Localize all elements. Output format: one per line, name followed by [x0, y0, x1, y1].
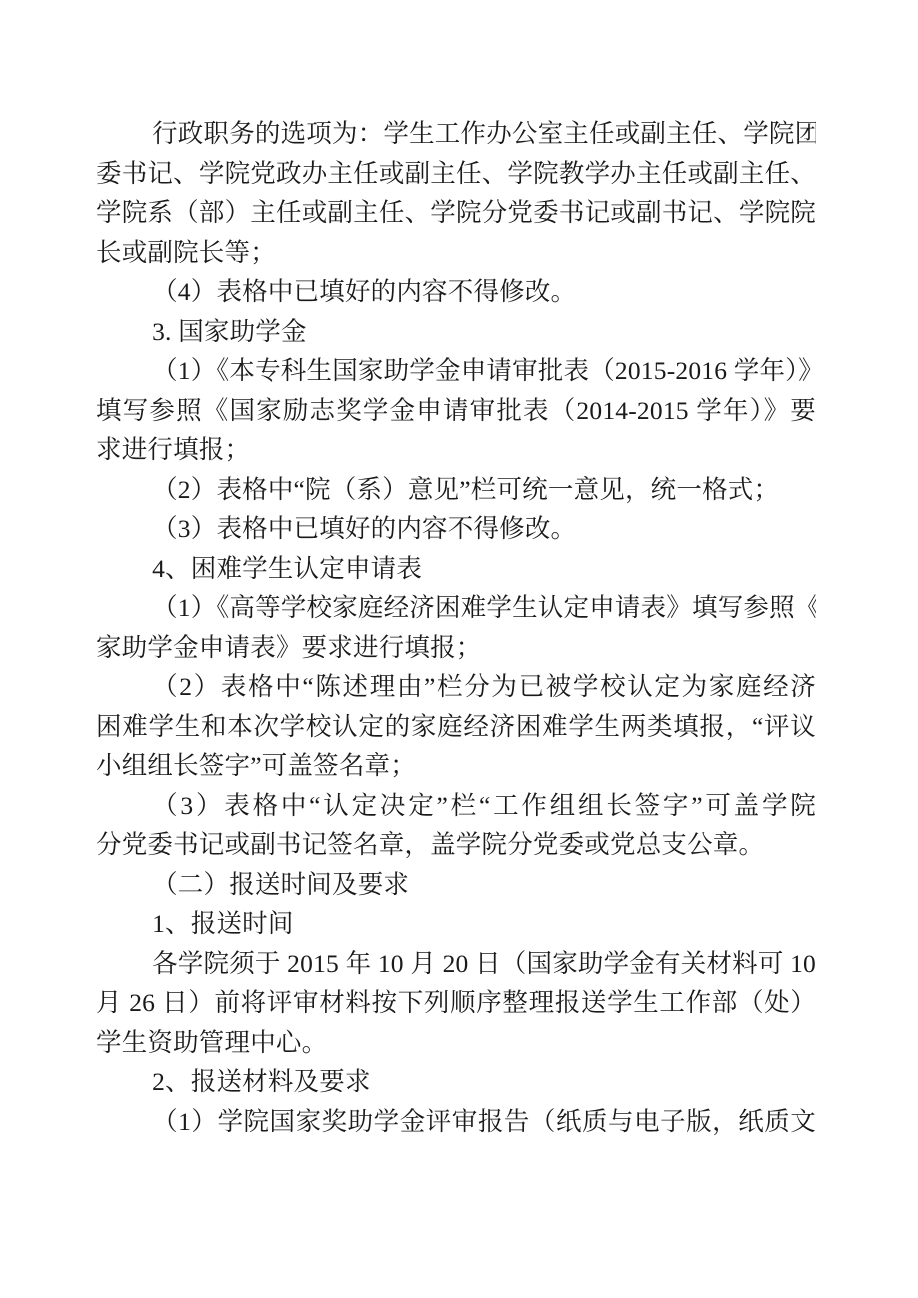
text-line: 4、困难学生认定申请表	[96, 549, 816, 589]
text-line: 填写参照《国家励志奖学金申请审批表（2014-2015 学年）》要	[96, 391, 816, 431]
document-page: 行政职务的选项为：学生工作办公室主任或副主任、学院团委书记、学院党政办主任或副主…	[0, 0, 918, 1298]
text-line: （3）表格中“认定决定”栏“工作组组长签字”可盖学院	[96, 786, 816, 826]
document-text-block: 行政职务的选项为：学生工作办公室主任或副主任、学院团委书记、学院党政办主任或副主…	[96, 114, 816, 1141]
text-line: （1）《高等学校家庭经济困难学生认定申请表》填写参照《国	[96, 588, 816, 628]
text-line: 委书记、学院党政办主任或副主任、学院教学办主任或副主任、	[96, 154, 816, 194]
text-line: 学院系（部）主任或副主任、学院分党委书记或副书记、学院院	[96, 193, 816, 233]
text-line: 求进行填报；	[96, 430, 816, 470]
text-line: 各学院须于 2015 年 10 月 20 日（国家助学金有关材料可 10	[96, 944, 816, 984]
text-line: 困难学生和本次学校认定的家庭经济困难学生两类填报，“评议	[96, 707, 816, 747]
text-line: （1）学院国家奖助学金评审报告（纸质与电子版，纸质文	[96, 1102, 816, 1142]
text-line: 学生资助管理中心。	[96, 1023, 816, 1063]
text-line: （2）表格中“院（系）意见”栏可统一意见，统一格式；	[96, 470, 816, 510]
text-line: （4）表格中已填好的内容不得修改。	[96, 272, 816, 312]
text-line: （二）报送时间及要求	[96, 865, 816, 905]
text-line: 长或副院长等；	[96, 233, 816, 273]
text-line: 行政职务的选项为：学生工作办公室主任或副主任、学院团	[96, 114, 816, 154]
text-line: 分党委书记或副书记签名章，盖学院分党委或党总支公章。	[96, 825, 816, 865]
text-line: （1）《本专科生国家助学金申请审批表（2015-2016 学年）》	[96, 351, 816, 391]
text-line: 2、报送材料及要求	[96, 1062, 816, 1102]
text-line: 小组组长签字”可盖签名章；	[96, 746, 816, 786]
text-line: （3）表格中已填好的内容不得修改。	[96, 509, 816, 549]
text-line: 家助学金申请表》要求进行填报；	[96, 628, 816, 668]
text-line: 3. 国家助学金	[96, 312, 816, 352]
text-line: 1、报送时间	[96, 904, 816, 944]
text-line: （2）表格中“陈述理由”栏分为已被学校认定为家庭经济	[96, 667, 816, 707]
text-line: 月 26 日）前将评审材料按下列顺序整理报送学生工作部（处）	[96, 983, 816, 1023]
